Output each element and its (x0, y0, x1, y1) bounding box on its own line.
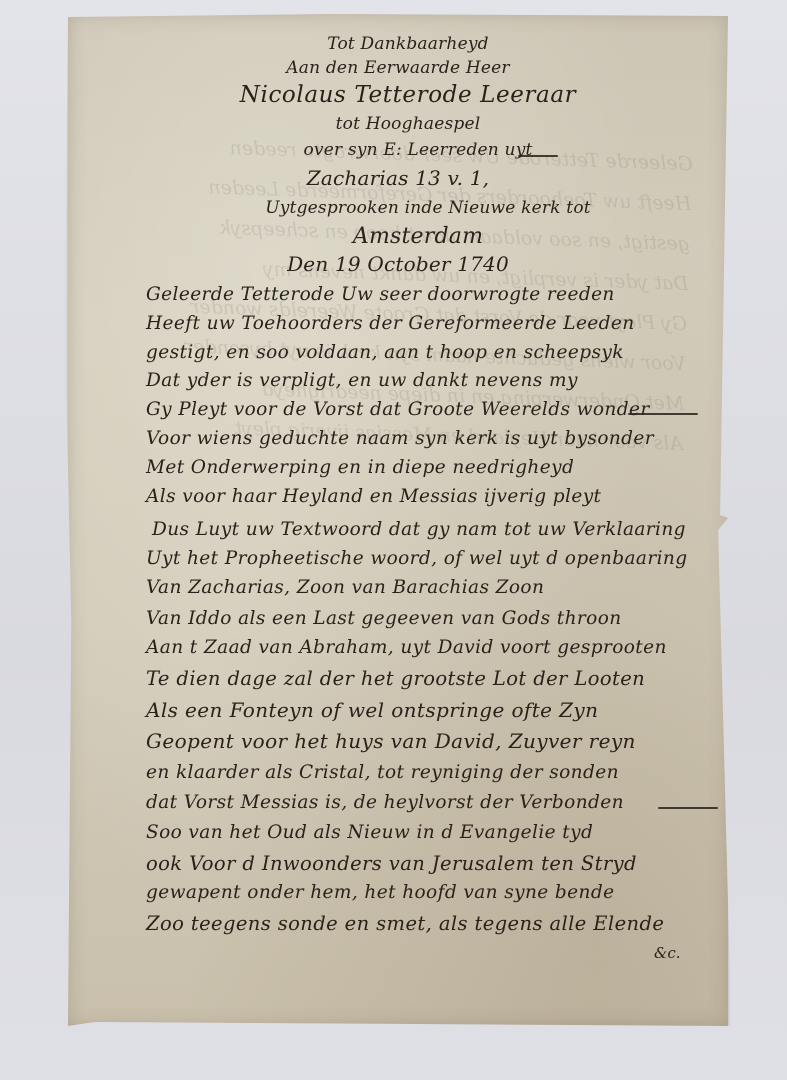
stanza1-line-4: Dat yder is verpligt, en uw dankt nevens… (146, 370, 578, 391)
stanza2-line-14: Zoo teegens sonde en smet, als tegens al… (146, 912, 664, 935)
stanza2-line-9: en klaarder als Cristal, tot reyniging d… (146, 762, 619, 783)
heading-date: Den 19 October 1740 (68, 252, 728, 276)
stanza1-line-3: gestigt, en soo voldaan, aan t hoop en s… (146, 342, 624, 363)
stanza1-line-5: Gy Pleyt voor de Vorst dat Groote Weerel… (146, 399, 650, 420)
stanza2-flourish (658, 807, 718, 809)
stanza1-line-7: Met Onderwerping en in diepe needrigheyd (146, 457, 574, 478)
stanza1-line-8: Als voor haar Heyland en Messias ijverig… (146, 486, 601, 507)
stanza2-line-11: Soo van het Oud als Nieuw in d Evangelie… (146, 822, 593, 843)
heading-city: Amsterdam (68, 224, 748, 249)
stanza2-line-3: Van Zacharias, Zoon van Barachias Zoon (146, 577, 544, 598)
stanza2-line-7: Als een Fonteyn of wel ontspringe ofte Z… (146, 698, 598, 722)
stanza2-line-10: dat Vorst Messias is, de heylvorst der V… (146, 792, 624, 813)
closing-etc-mark: &c. (654, 944, 681, 962)
stanza1-line-6: Voor wiens geduchte naam syn kerk is uyt… (146, 428, 654, 449)
stanza2-line-4: Van Iddo als een Last gegeeven van Gods … (146, 608, 622, 629)
manuscript-sheet: Geleerde Tetterode Uw seer doorwrogte re… (68, 14, 728, 1026)
heading-line-1: Tot Dankbaarheyd (68, 34, 738, 54)
stanza2-line-8: Geopent voor het huys van David, Zuyver … (146, 729, 636, 753)
stanza2-line-5: Aan t Zaad van Abraham, uyt David voort … (146, 637, 667, 658)
heading-line-7: Uytgesprooken inde Nieuwe kerk tot (68, 198, 758, 218)
stanza2-line-6: Te dien dage zal der het grootste Lot de… (146, 667, 645, 690)
heading-line-5: over syn E: Leerreden uyt (68, 140, 748, 160)
heading-flourish (518, 155, 558, 157)
stanza1-line-1: Geleerde Tetterode Uw seer doorwrogte re… (146, 284, 615, 305)
stanza2-line-12: ook Voor d Inwoonders van Jerusalem ten … (146, 852, 637, 875)
heading-scripture-ref: Zacharias 13 v. 1, (68, 166, 728, 190)
heading-line-4: tot Hooghaespel (68, 114, 738, 134)
stanza1-flourish-1 (628, 413, 698, 415)
stanza2-line-13: gewapent onder hem, het hoofd van syne b… (146, 882, 614, 903)
stanza2-line-1: Dus Luyt uw Textwoord dat gy nam tot uw … (152, 519, 686, 540)
heading-recipient-name: Nicolaus Tetterode Leeraar (68, 82, 738, 108)
stanza1-line-2: Heeft uw Toehoorders der Gereformeerde L… (146, 313, 635, 334)
heading-line-2: Aan den Eerwaarde Heer (68, 58, 728, 78)
stanza2-line-2: Uyt het Propheetische woord, of wel uyt … (146, 548, 687, 569)
